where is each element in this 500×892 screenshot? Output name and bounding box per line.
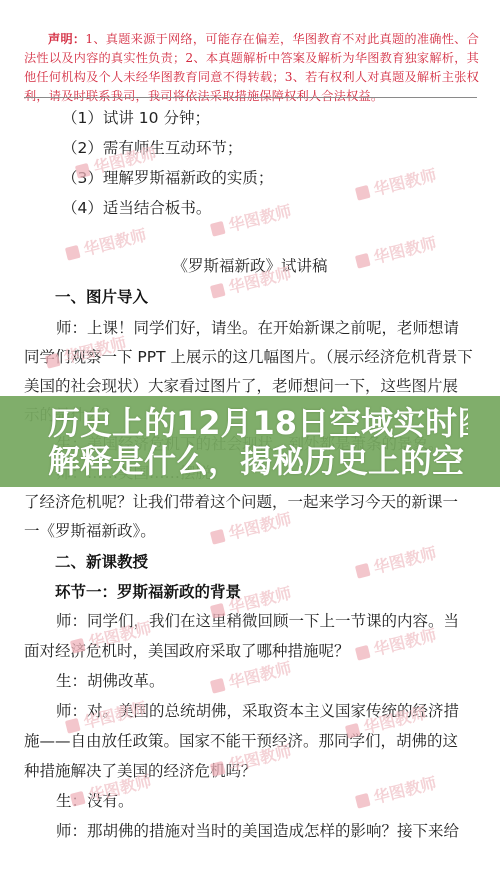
huatu-logo-icon <box>355 563 371 579</box>
disclaimer: 声明：1、真题来源于网络，可能存在偏差，华图教育不对此真题的准确性、合法性以及内… <box>24 30 479 106</box>
requirement-item: （2）需有师生互动环节； <box>62 138 242 158</box>
requirement-item: （3）理解罗斯福新政的实质； <box>62 168 273 188</box>
document-page: 声明：1、真题来源于网络，可能存在偏差，华图教育不对此真题的准确性、合法性以及内… <box>0 0 500 892</box>
paragraph-line: 生：没有。 <box>56 789 500 811</box>
banner-title[interactable]: 历史上的12月18日空域实时图 解释是什么，揭秘历史上的空 <box>48 404 468 480</box>
paragraph-line: 一《罗斯福新政》。 <box>24 519 480 541</box>
watermark: 华图教师 <box>208 198 293 240</box>
banner-title-line-2: 解释是什么，揭秘历史上的空 <box>48 442 468 480</box>
paragraph-line: 师：上课！同学们好，请坐。在开始新课之前呢，老师想请 <box>56 316 500 338</box>
paragraph-line: 美国的社会现状）大家看过图片了，老师想问一下，这些图片展 <box>24 374 480 396</box>
document-title: 《罗斯福新政》试讲稿 <box>0 254 500 276</box>
disclaimer-text: 1、真题来源于网络，可能存在偏差，华图教育不对此真题的准确性、合法性以及内容的真… <box>24 32 479 103</box>
section-heading: 二、新课教授 <box>55 550 148 572</box>
paragraph-line: 师：那胡佛的措施对当时的美国造成怎样的影响？接下来给 <box>56 819 500 841</box>
disclaimer-lead: 声明： <box>24 32 85 46</box>
paragraph-line: 师：对。美国的总统胡佛，采取资本主义国家传统的经济措 <box>56 699 500 721</box>
subsection-heading: 环节一：罗斯福新政的背景 <box>55 580 241 602</box>
huatu-logo-icon <box>210 283 226 299</box>
banner-title-line-1: 历史上的12月18日空域实时图 <box>48 404 468 442</box>
paragraph-line: 师：同学们，我们在这里稍微回顾一下上一节课的内容。当 <box>56 609 500 631</box>
paragraph-line: 面对经济危机时，美国政府采取了哪种措施呢？ <box>24 639 480 661</box>
requirement-item: （1）试讲 10 分钟； <box>62 108 210 128</box>
watermark: 华图教师 <box>353 540 438 582</box>
paragraph-line: 种措施解决了美国的经济危机吗？ <box>24 759 480 781</box>
paragraph-line: 同学们观察一下 PPT 上展示的这几幅图片。（展示经济危机背景下 <box>24 345 480 367</box>
watermark: 华图教师 <box>353 162 438 204</box>
paragraph-line: 生：胡佛改革。 <box>56 669 500 691</box>
section-heading: 一、图片导入 <box>55 285 148 307</box>
huatu-logo-icon <box>355 185 371 201</box>
paragraph-line: 施——自由放任政策。国家不能干预经济。那同学们，胡佛的这 <box>24 729 480 751</box>
huatu-logo-icon <box>210 221 226 237</box>
paragraph-line: 了经济危机呢？让我们带着这个问题，一起来学习今天的新课一 <box>24 490 480 512</box>
requirement-item: （4）适当结合板书。 <box>62 198 211 218</box>
header-divider <box>24 97 477 98</box>
